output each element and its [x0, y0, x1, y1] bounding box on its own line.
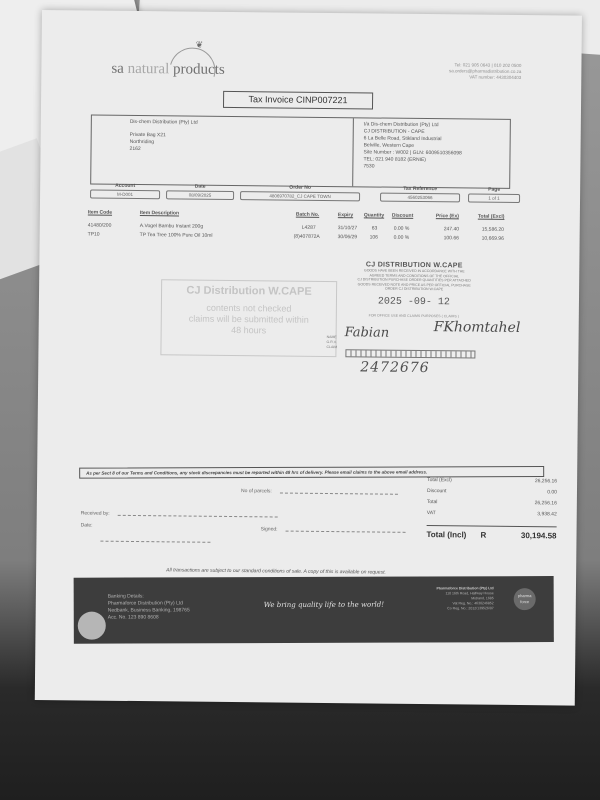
invoice-title: Tax Invoice CINP007221: [223, 91, 373, 110]
grand-total-row: Total (Incl) R 30,194.58: [426, 525, 556, 542]
reference-fields: Account M-D001 Date 08/09/2025 Order No …: [90, 183, 520, 210]
date-field: Date 08/09/2025: [166, 183, 234, 200]
banking-details: Banking Details: Pharmaforce Distributio…: [108, 593, 190, 621]
conditions-notice: All transactions are subject to our stan…: [166, 567, 386, 575]
company-contact: Tel: 021 905 0643 | 010 202 0500 sa.orde…: [449, 62, 522, 81]
invoice-document: ❦ sa natural products Tel: 021 905 0643 …: [35, 10, 582, 706]
handwritten-claim-number: 2472676: [360, 359, 430, 376]
cj-distribution-stamp: CJ DISTRIBUTION W.CAPE GOODS HAVE BEEN R…: [329, 261, 500, 318]
vat-row: VAT 3,938.42: [427, 510, 557, 522]
account-field: Account M-D001: [90, 183, 160, 200]
footer-banner: Banking Details: Pharmaforce Distributio…: [74, 576, 554, 644]
tagline: We bring quality life to the world!: [264, 601, 384, 609]
bill-to-address: Dis-chem Distribution (Pty) Ltd Private …: [91, 116, 354, 187]
pharmaforce-logo-icon: pharma force: [514, 588, 536, 610]
receipt-section: No of parcels: Received by: Date: Signed…: [81, 480, 411, 483]
pharmaforce-info: Pharmaforce Distribution (Pty) Ltd 110 1…: [436, 586, 493, 611]
signed-field: Signed:: [261, 526, 406, 534]
logo-text: sa natural products: [111, 61, 224, 79]
totals-panel: Total (Excl) 26,256.16 Discount 0.00 Tot…: [426, 477, 557, 542]
handwritten-signature: FKhomtahel: [434, 319, 521, 336]
claim-number-grid: [345, 349, 475, 358]
tax-reference-field: Tax Reference 4560253066: [380, 186, 460, 203]
stamp-field-labels: NAME G.R.V. CLAIM: [326, 335, 337, 350]
contact-vat: VAT number: 4430304403: [449, 74, 521, 81]
ship-to-address: t/a Dis-chem Distribution (Pty) Ltd CJ D…: [353, 118, 472, 187]
faded-receipt-stamp: CJ Distribution W.CAPE contents not chec…: [160, 279, 337, 357]
stamp-date: 2025 -09- 12: [329, 296, 499, 309]
table-header: Item Code Item Description Batch No. Exp…: [88, 209, 528, 223]
apple-icon: [78, 612, 106, 640]
date-line: [100, 537, 210, 544]
page-field: Page 1 of 1: [468, 186, 520, 203]
logo-leaf-icon: ❦: [196, 40, 204, 51]
address-box: Dis-chem Distribution (Pty) Ltd Private …: [90, 115, 511, 189]
received-by-field: Received by:: [81, 510, 278, 518]
handwritten-name: Fabian: [345, 325, 390, 340]
order-field: Order No 4806970782_CJ CAPE TOWN: [240, 184, 360, 201]
parcels-field: No of parcels:: [241, 488, 398, 496]
line-items-table: Item Code Item Description Batch No. Exp…: [88, 209, 528, 245]
date-field-receipt: Date:: [81, 522, 93, 528]
